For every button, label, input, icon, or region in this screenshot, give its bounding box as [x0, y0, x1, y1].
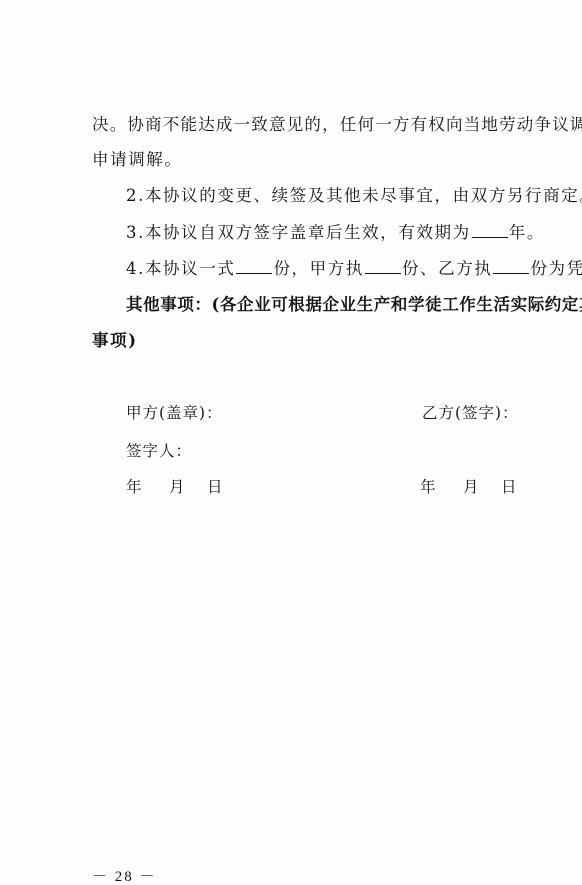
party-b-date-year: 年: [420, 477, 463, 497]
party-a-seal-label: 甲方(盖章)：: [126, 403, 223, 423]
party-b-date-day: 日: [501, 477, 518, 497]
party-a-date-month: 月: [169, 477, 207, 497]
party-b-date-month: 月: [463, 477, 501, 497]
other-matters-line-1: 其他事项：(各企业可根据企业生产和学徒工作生活实际约定其他: [126, 295, 582, 315]
page-number: － 28 －: [92, 868, 157, 885]
clause-3-suffix: 年。: [509, 223, 545, 242]
clause-4-text-b: 份，甲方执: [273, 259, 364, 278]
clause-3-text: 3.本协议自双方签字盖章后生效，有效期为: [126, 223, 471, 242]
clause-2: 2.本协议的变更、续签及其他未尽事宜，由双方另行商定。: [126, 186, 582, 206]
party-b-date: 年月日: [420, 477, 518, 497]
party-a-copies-blank[interactable]: [365, 259, 401, 274]
clause-4: 4.本协议一式份，甲方执份、乙方执份为凭。: [126, 259, 582, 279]
total-copies-blank[interactable]: [236, 259, 272, 274]
other-matters-line-2: 事项): [92, 331, 138, 351]
clause-4-text-c: 份、乙方执: [402, 259, 493, 278]
party-a-date-year: 年: [126, 477, 169, 497]
clause-4-text-a: 4.本协议一式: [126, 259, 235, 278]
validity-years-blank[interactable]: [472, 223, 508, 238]
clause-3: 3.本协议自双方签字盖章后生效，有效期为年。: [126, 223, 545, 243]
party-a-date: 年月日: [126, 477, 224, 497]
party-a-date-day: 日: [207, 477, 224, 497]
party-b-copies-blank[interactable]: [493, 259, 529, 274]
signer-label: 签字人：: [126, 441, 192, 461]
clause-4-text-d: 份为凭。: [530, 259, 582, 278]
paragraph-1-line-1: 决。协商不能达成一致意见的，任何一方有权向当地劳动争议调解部门: [92, 115, 582, 135]
party-b-sign-label: 乙方(签字)：: [422, 403, 519, 423]
paragraph-1-line-2: 申请调解。: [92, 150, 183, 170]
